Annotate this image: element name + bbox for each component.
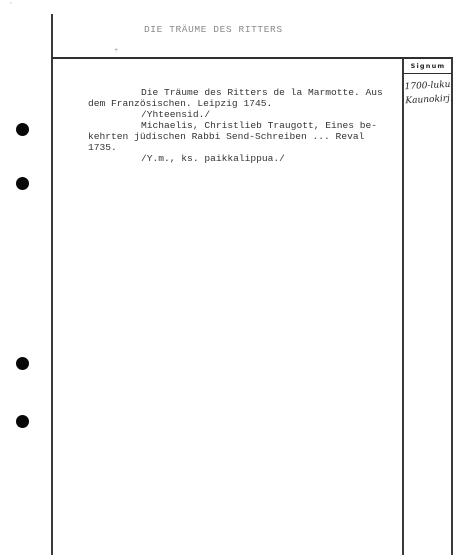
entry-line: dem Französischen. Leipzig 1745.	[88, 98, 398, 109]
entry-line: kehrten jüdischen Rabbi Send-Schreiben .…	[88, 131, 398, 142]
paper-speck: +	[114, 47, 118, 55]
binding-hole	[16, 123, 29, 136]
signum-header-divider	[403, 73, 452, 74]
binding-hole	[16, 177, 29, 190]
card-title: DIE TRÄUME DES RITTERS	[144, 24, 283, 35]
signum-column-left-border	[402, 58, 404, 555]
card-left-border	[51, 14, 53, 555]
card-header-divider	[52, 57, 453, 59]
entry-line: 1735.	[88, 142, 398, 153]
binding-hole	[16, 357, 29, 370]
binding-hole	[16, 415, 29, 428]
signum-handwritten-value: 1700-luku Kaunokirj.	[404, 78, 453, 108]
entry-line: /Y.m., ks. paikkalippua./	[88, 153, 398, 164]
entry-line: Die Träume des Ritters de la Marmotte. A…	[88, 87, 398, 98]
signum-header: Signum	[404, 60, 452, 72]
signum-line-2: Kaunokirj.	[405, 92, 454, 108]
entry-line: /Yhteensid./	[88, 109, 398, 120]
catalog-entry-text: Die Träume des Ritters de la Marmotte. A…	[88, 87, 398, 164]
entry-line: Michaelis, Christlieb Traugott, Eines be…	[88, 120, 398, 131]
signum-column-right-border	[451, 58, 453, 555]
paper-speck: ·	[9, 0, 13, 8]
